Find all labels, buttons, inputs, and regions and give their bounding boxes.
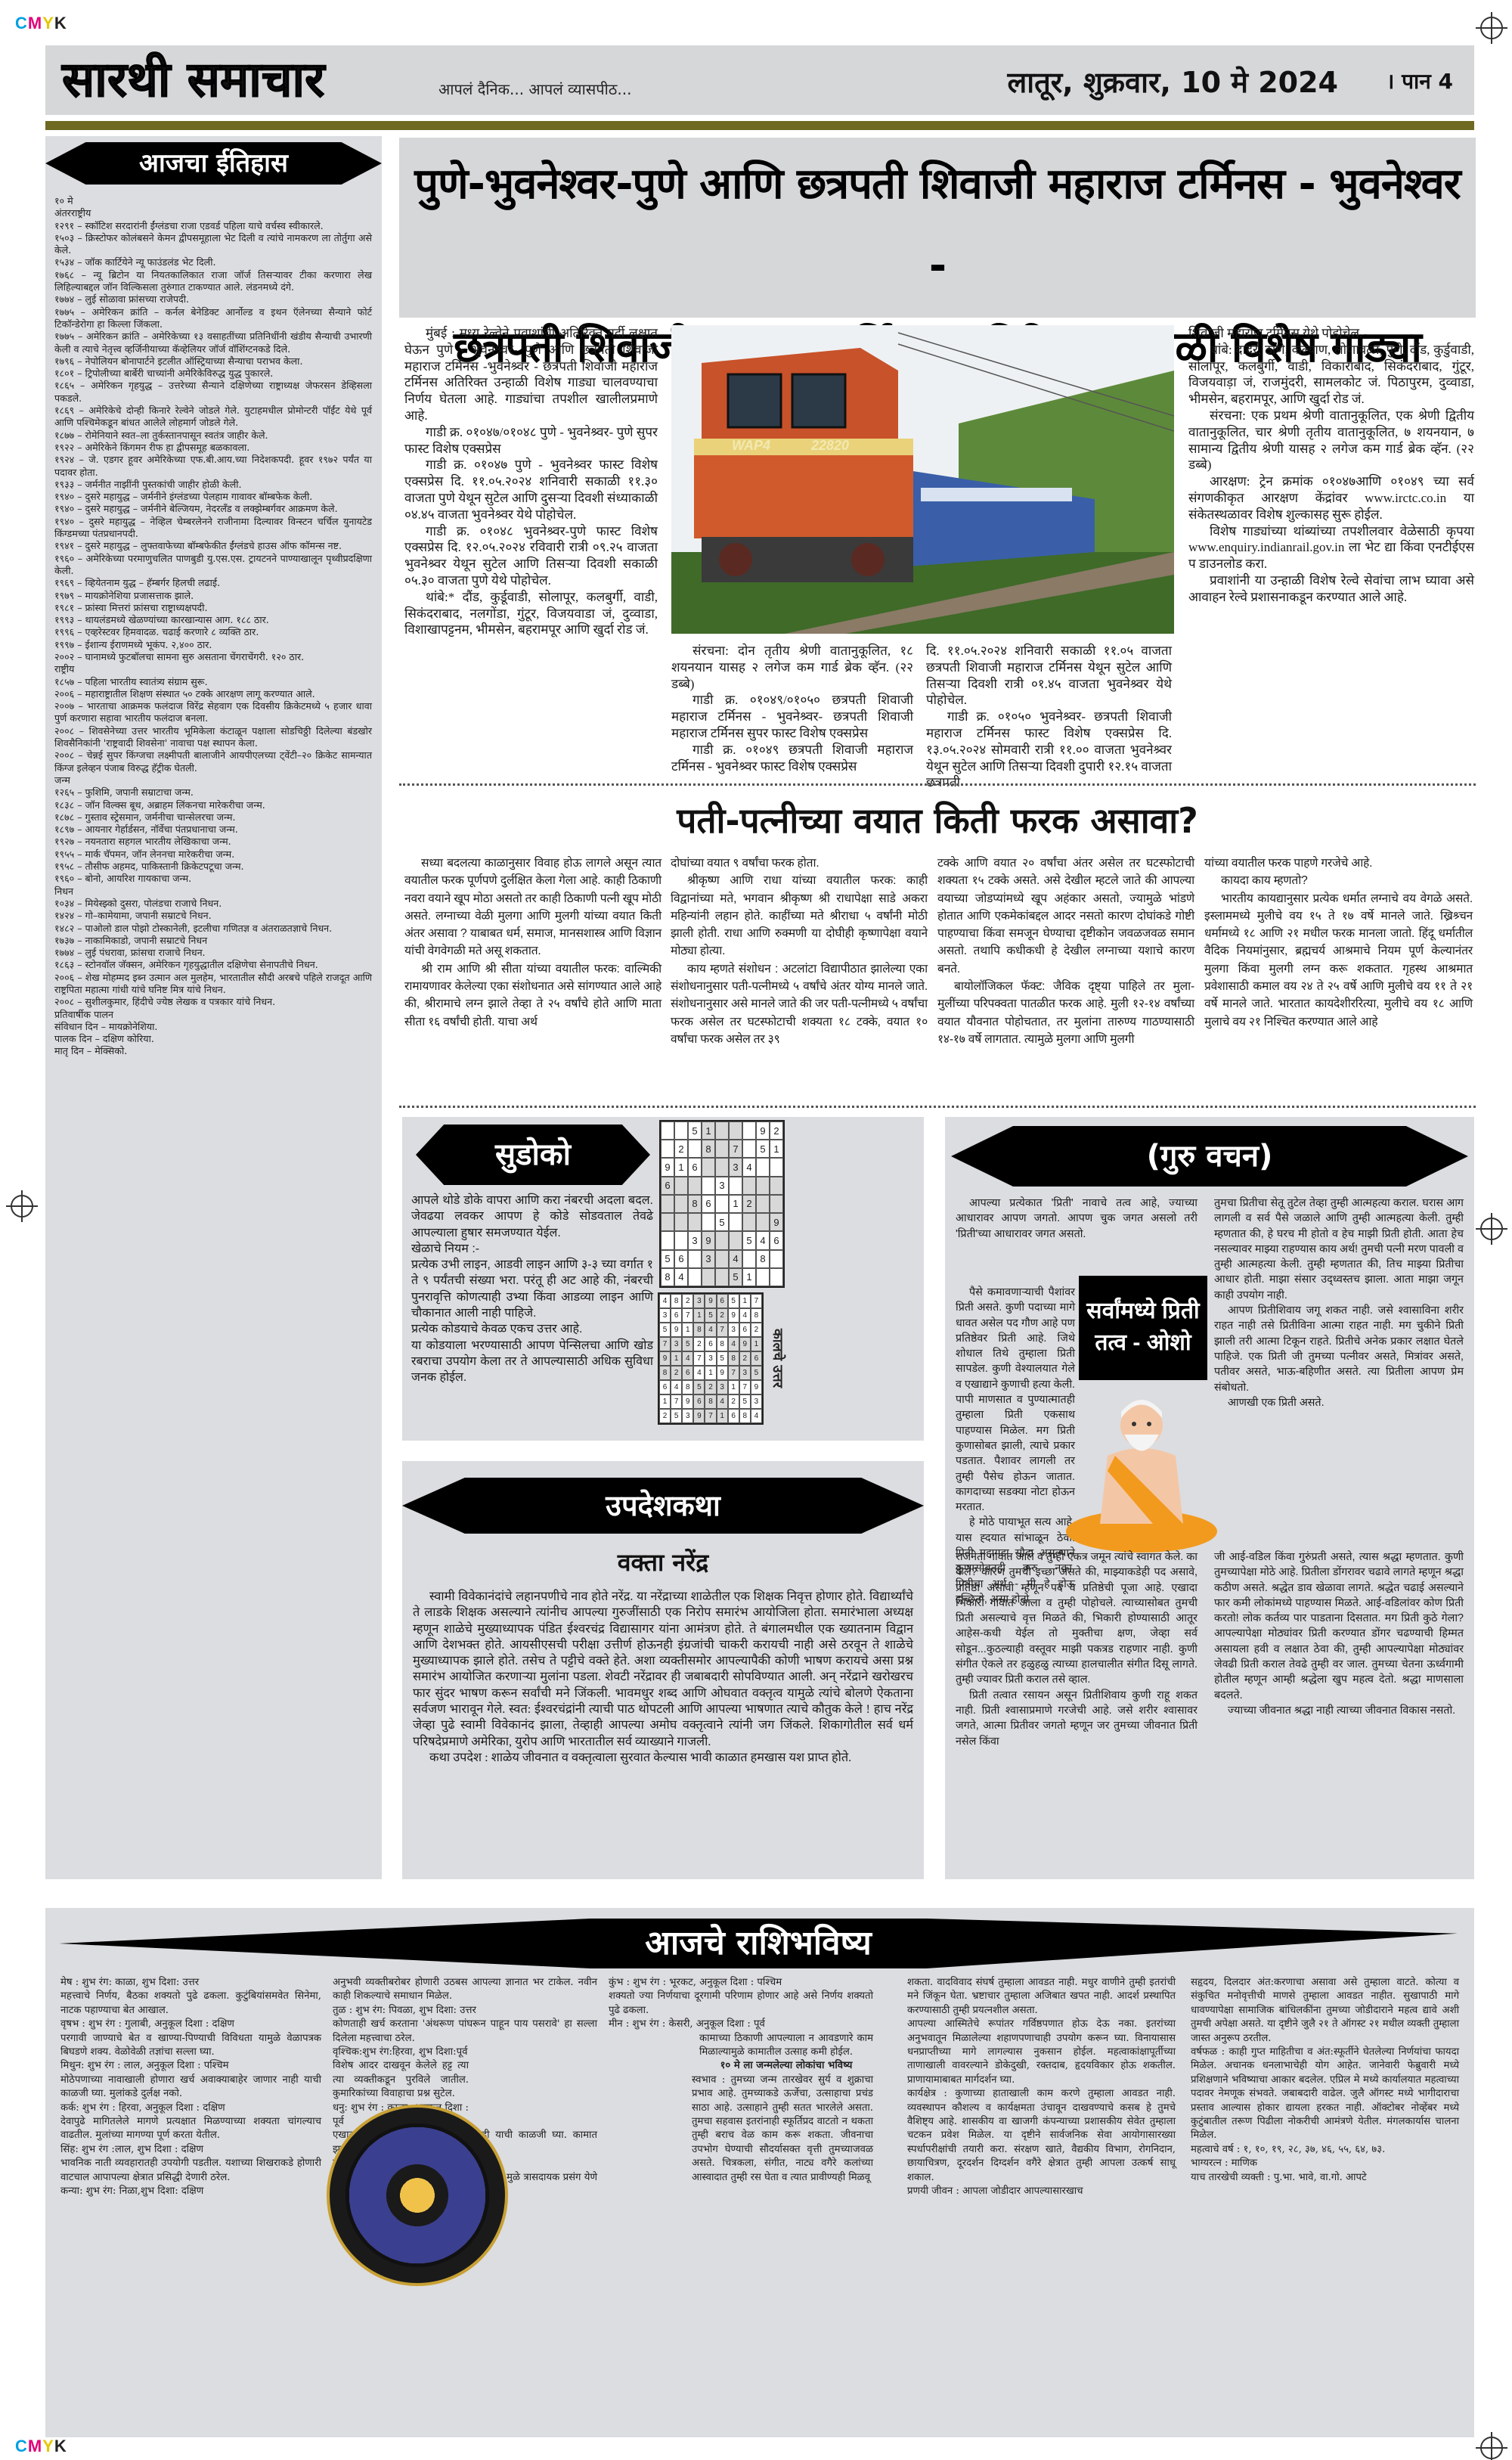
registration-mark-icon [1480,1218,1503,1240]
sudoku-puzzle-cell[interactable] [661,1231,674,1249]
sudoku-puzzle-cell[interactable]: 6 [770,1231,783,1249]
sudoku-solution-cell: 4 [739,1308,751,1323]
sudoku-puzzle-cell[interactable] [742,1213,756,1231]
sudoku-solution-cell: 5 [705,1308,716,1323]
history-entry: १८३८ – जॉन विल्क्स बूथ, अब्राहम लिंकनचा … [54,799,372,811]
history-entry: १९२४ – जे. एडगर हूवर अमेरिकेच्या एफ.बी.आ… [54,454,372,479]
history-panel: आजचा ईतिहास १० मेअंतरराष्ट्रीय१२९१ – स्क… [45,136,382,1879]
sudoku-puzzle-cell[interactable]: 5 [756,1140,770,1158]
sudoku-solution-cell: 1 [751,1337,762,1351]
history-entry: १७७५ – अमेरिकन क्रांति – कर्नल बेनेडिक्ट… [54,306,372,331]
sudoku-puzzle-cell[interactable] [742,1121,756,1140]
sudoku-banner: सुडोको [416,1125,650,1185]
updesh-story: स्वामी विवेकानंदांचे लहानपणीचे नाव होते … [413,1588,913,1765]
sudoku-solution-cell: 1 [717,1409,728,1423]
guru-text-intro: आपल्या प्रत्येकात 'प्रिती' नावाचे तत्व आ… [956,1196,1198,1242]
history-entry: १९३३ – जर्मनीत नाझींनी पुस्तकांची जाहीर … [54,479,372,491]
history-entry: १९७९ – मायक्रोनेशिया प्रजासत्ताक झाले. [54,590,372,602]
history-entry: १४२४ – गो–कामेयामा, जपानी सम्राटचे निधन. [54,910,372,922]
sudoku-solution-cell: 6 [717,1294,728,1308]
meditating-sage-icon [1062,1395,1221,1554]
history-entry: १७६८ – न्यू ब्रिटोन या नियतकालिकात राजा … [54,269,372,294]
history-entry: १८६५ – अमेरिकन गृहयुद्ध – उत्तरेच्या सैन… [54,380,372,405]
guru-vachan-panel: (गुरु वचन) आपल्या प्रत्येकात 'प्रिती' ना… [945,1117,1474,1879]
sudoku-solution-cell: 2 [739,1351,751,1366]
sudoku-puzzle-cell[interactable] [688,1140,702,1158]
sudoku-solution-cell: 3 [739,1366,751,1380]
guru-banner: (गुरु वचन) [951,1126,1468,1187]
sudoku-solution-cell: 1 [659,1394,671,1409]
train-photo: WAP4 22820 [671,325,1174,634]
sudoku-puzzle-cell[interactable] [715,1268,729,1286]
guru-text-right-upper: तुमचा प्रितीचा सेतू तुटेल तेव्हा तुम्ही … [1214,1196,1464,1410]
history-entry: १५३४ – जॉक कार्टियेने न्यू फाउंडलंड भेट … [54,256,372,268]
horoscope-entry: परगावी जाण्याचे बेत व खाण्या-पिण्याची वि… [60,2032,321,2060]
sudoku-solution-cell: 6 [751,1351,762,1366]
sudoku-puzzle-cell[interactable]: 5 [729,1268,742,1286]
history-entry: अंतरराष्ट्रीय [54,207,372,219]
guru-text-right-lower: जी आई-वडिल किंवा गुरुंप्रती असते, त्यास … [1214,1550,1464,1718]
sudoku-solution-cell: 1 [728,1380,739,1394]
sudoku-solution-cell: 3 [671,1337,682,1351]
sudoku-puzzle-cell[interactable]: 2 [674,1140,688,1158]
newspaper-title: सारथी समाचार [62,48,324,112]
history-entry: १७३७ – नाकामिकाडो, जपानी सम्राटचे निधन [54,935,372,947]
sudoku-puzzle-cell[interactable] [661,1121,674,1140]
sudoku-solution-cell: 5 [751,1366,762,1380]
history-entry: १७७५ – अमेरिकन क्रांति – अमेरिकेच्या १३ … [54,330,372,355]
sudoku-puzzle-cell[interactable]: 9 [756,1121,770,1140]
history-entry: पालक दिन – दक्षिण कोरिया. [54,1033,372,1045]
sudoku-puzzle-cell[interactable] [661,1213,674,1231]
sudoku-solution-cell: 8 [693,1323,705,1337]
sudoku-puzzle-cell[interactable]: 8 [688,1195,702,1213]
guru-quote-box: सर्वांमध्ये प्रिती तत्व - ओशो [1079,1276,1207,1380]
sudoku-solution-cell: 7 [693,1351,705,1366]
sudoku-solution-cell: 3 [751,1394,762,1409]
headline-line-1: पुणे-भुवनेश्वर-पुणे आणि छत्रपती शिवाजी म… [407,144,1468,307]
history-entry: निधन [54,886,372,898]
horoscope-col-1: मेष : शुभ रंग: काळा, शुभ दिशा: उत्तरमहत्… [60,1976,321,2199]
sudoku-solution-cell: 4 [705,1323,716,1337]
sudoku-puzzle-cell[interactable] [770,1158,783,1176]
history-entry: २००२ – घानामध्ये फुटबॉलचा सामना सुरु असत… [54,651,372,663]
history-entry: १८७८ – गुस्ताव स्ट्रेसमान, जर्मनीचा चान्… [54,811,372,824]
sudoku-puzzle-cell[interactable]: 9 [702,1231,715,1249]
age-article-col-2: दोघांच्या वयात ९ वर्षांचा फरक होता. श्री… [671,855,928,1048]
sudoku-solution-cell: 9 [705,1294,716,1308]
masthead: सारथी समाचार आपलं दैनिक... आपलं व्यासपीठ… [45,45,1474,115]
history-entry: १९४१ – दुसरे महायुद्ध – लुफ्तवाफेच्या बॉ… [54,540,372,552]
sudoku-solution-cell: 2 [717,1308,728,1323]
sudoku-puzzle-cell[interactable]: 1 [770,1140,783,1158]
history-entry: २००६ – शेख मोहम्मद इब्न उत्मान अल मुलहेम… [54,972,372,997]
history-entry: १९९६ – एव्हरेस्टवर हिमवादळ. चढाई करणारे … [54,626,372,638]
sudoku-solution-cell: 2 [751,1323,762,1337]
horoscope-entry: वृषभ : शुभ रंग : गुलाबी, अनुकूल दिशा : द… [60,2018,321,2031]
history-entry: १९५८ – तौसीफ अहमद, पाकिस्तानी क्रिकेटपटू… [54,861,372,873]
sudoku-solution-cell: 3 [717,1380,728,1394]
sudoku-solution-cell: 5 [682,1337,693,1351]
updesh-subtitle: वक्ता नरेंद्र [402,1546,924,1578]
age-article-title: पती-पत्नीच्या वयात किती फरक असावा? [399,794,1476,847]
section-divider [399,1106,1476,1108]
dateline: लातूर, शुक्रवार, 10 मे 2024 [1007,62,1338,101]
sudoku-puzzle-cell[interactable]: 4 [674,1268,688,1286]
horoscope-col-4: शकता. वादविवाद संघर्ष तुम्हाला आवडत नाही… [907,1976,1176,2199]
sudoku-puzzle-cell[interactable]: 5 [661,1250,674,1268]
sudoku-solution-cell: 1 [693,1308,705,1323]
history-entry: १९५५ – मार्क चॅपमन, जॉन लेननचा मारेकरीचा… [54,848,372,861]
sudoku-puzzle-cell[interactable] [756,1177,770,1195]
sudoku-solution-cell: 8 [751,1308,762,1323]
sudoku-puzzle-cell[interactable]: 9 [770,1213,783,1231]
sudoku-solution-cell: 7 [728,1366,739,1380]
sudoku-puzzle-cell[interactable]: 6 [661,1177,674,1195]
sudoku-puzzle-cell[interactable]: 1 [702,1121,715,1140]
guru-text-left-lower: राजनेता गावात आले व तुम्ही एकत्र जमून त्… [956,1550,1198,1749]
sudoku-puzzle-cell[interactable]: 5 [742,1231,756,1249]
sudoku-solution-cell: 2 [705,1380,716,1394]
horoscope-entry: मेष : शुभ रंग: काळा, शुभ दिशा: उत्तर [60,1976,321,1990]
sudoku-solution-cell: 3 [705,1351,716,1366]
sudoku-puzzle-cell[interactable] [756,1213,770,1231]
sudoku-puzzle-cell[interactable]: 8 [702,1140,715,1158]
sudoku-solution-cell: 9 [751,1380,762,1394]
history-entry: २००७ – भारताचा आक्रमक फलंदाज विरेंद्र से… [54,700,372,725]
sudoku-puzzle-cell[interactable] [715,1121,729,1140]
sudoku-puzzle-cell[interactable] [674,1121,688,1140]
history-entry: १९८१ – फ्रांस्वा मित्तरां फ्रांसचा राष्ट… [54,602,372,614]
sudoku-solution-cell: 6 [739,1323,751,1337]
sudoku-solution-cell: 5 [659,1323,671,1337]
sudoku-puzzle-cell[interactable]: 3 [729,1158,742,1176]
history-entry: संविधान दिन – मायक्रोनेशिया. [54,1021,372,1033]
history-list: १० मेअंतरराष्ट्रीय१२९१ – स्कॉटिश सरदारां… [54,195,372,1058]
zodiac-wheel-icon [327,2105,508,2286]
history-entry: १८९७ – आयनार गेर्हार्डसन, नॉर्वेचा पंतप्… [54,824,372,836]
sudoku-solution-cell: 1 [739,1294,751,1308]
masthead-divider [45,121,1474,130]
history-banner: आजचा ईतिहास [45,142,382,185]
registration-mark-icon [1480,2437,1503,2459]
sudoku-solution-cell: 6 [682,1366,693,1380]
sudoku-puzzle-cell[interactable] [715,1250,729,1268]
history-entry: मातृ दिन – मेक्सिको. [54,1045,372,1057]
sudoku-solution-cell: 2 [682,1294,693,1308]
history-entry: १७७४ – लुई पंधरावा, फ्रांसचा राजाचे निधन… [54,947,372,959]
sudoku-solution-cell: 4 [693,1366,705,1380]
horoscope-entry: मिथुन: शुभ रंग : लाल, अनुकूल दिशा : पश्च… [60,2059,321,2073]
sudoku-solution-cell: 7 [659,1337,671,1351]
newspaper-tagline: आपलं दैनिक... आपलं व्यासपीठ... [438,79,632,99]
sudoku-puzzle-cell[interactable] [756,1158,770,1176]
history-entry: १९६९ – व्हियेतनाम युद्ध – हॅम्बर्गर हिलच… [54,577,372,589]
sudoku-puzzle-cell[interactable]: 2 [742,1195,756,1213]
history-entry: १९२२ – अमेरिकेने किंगमन रीफ हा द्वीपसमूह… [54,442,372,454]
sudoku-puzzle-cell[interactable]: 5 [715,1213,729,1231]
sudoku-solution-cell: 9 [682,1394,693,1409]
sudoku-puzzle-cell[interactable]: 3 [702,1250,715,1268]
history-entry: १२६५ – फुशिमि, जपानी सम्राटाचा जन्म. [54,786,372,799]
sudoku-puzzle-cell[interactable] [715,1231,729,1249]
sudoku-puzzle-cell[interactable] [702,1158,715,1176]
sudoku-solution-cell: 8 [659,1366,671,1380]
sudoku-puzzle-cell[interactable] [742,1140,756,1158]
sudoku-solution-cell: 9 [728,1308,739,1323]
sudoku-puzzle-cell[interactable]: 4 [729,1250,742,1268]
sudoku-solution-cell: 7 [671,1394,682,1409]
sudoku-solution-cell: 5 [717,1351,728,1366]
horoscope-entry: मोठेपणाच्या नावाखाली होणारा खर्च अवाक्या… [60,2074,321,2102]
sudoku-solution-cell: 4 [659,1294,671,1308]
history-entry: २००६ – महाराष्ट्रातील शिक्षण संस्थात ५० … [54,688,372,700]
history-entry: १८६९ – अमेरिकेचे दोन्ही किनारे रेल्वेने … [54,405,372,430]
cmyk-mark-bottom: CMYK [15,2437,67,2456]
sudoku-puzzle-cell[interactable] [702,1213,715,1231]
sudoku-puzzle-cell[interactable]: 6 [688,1158,702,1176]
sudoku-solution-cell: 7 [739,1380,751,1394]
sudoku-puzzle-cell[interactable] [770,1177,783,1195]
sudoku-puzzle-cell[interactable] [729,1231,742,1249]
history-entry: १७७४ – लुई सोळावा फ्रांसच्या राजेपदी. [54,293,372,306]
sudoku-solution-cell: 5 [671,1409,682,1423]
sudoku-puzzle-cell[interactable]: 1 [742,1268,756,1286]
horoscope-entry: भावनिक नाती व्यवहारातही उपयोगी पडतील. यश… [60,2157,321,2185]
sudoku-puzzle-cell[interactable] [770,1195,783,1213]
history-entry: १०३४ – मियेस्झ्को दुसरा, पोलंडचा राजाचे … [54,898,372,910]
sudoku-solution-cell: 8 [717,1337,728,1351]
registration-mark-icon [1480,17,1503,39]
sudoku-solution-cell: 3 [682,1409,693,1423]
history-entry: १८०१ – ट्रिपोलीच्या बार्बेरी चाच्यांनी अ… [54,368,372,380]
history-entry: १० मे [54,195,372,207]
sudoku-solution-cell: 4 [717,1394,728,1409]
sudoku-puzzle-cell[interactable]: 5 [688,1121,702,1140]
sudoku-puzzle-cell[interactable] [756,1268,770,1286]
sudoku-puzzle-cell[interactable] [688,1268,702,1286]
locomotive-image-icon: WAP4 22820 [671,325,1174,634]
sudoku-solution-cell: 9 [659,1351,671,1366]
sudoku-puzzle-cell[interactable] [661,1195,674,1213]
history-entry: १४८२ – पाओलो डाल पोझो टोस्कानेली, इटलीचा… [54,923,372,935]
updesh-katha-panel: उपदेशकथा वक्ता नरेंद्र स्वामी विवेकानंदा… [402,1461,924,1879]
history-entry: १८६३ – स्टोनवॉल जॅक्सन, अमेरिकन गृहयुद्ध… [54,959,372,971]
history-entry: १९९७ – ईशान्य ईराणमध्ये भूकंप. २,४०० ठार… [54,639,372,651]
sudoku-solution-cell: 6 [705,1337,716,1351]
sudoku-puzzle-cell[interactable]: 9 [661,1158,674,1176]
sudoku-solution-cell: 8 [682,1380,693,1394]
history-entry: १९२७ – नयनतारा सहगल भारतीय लेखिकाचा जन्म… [54,836,372,848]
birthday-forecast-title: १० मे ला जन्मलेल्या लोकांचा भविष्य [609,2059,873,2073]
sudoku-solution-cell: 6 [671,1308,682,1323]
history-entry: १७९६ – नेपोलियन बोनापार्टने इटलीत ऑस्ट्र… [54,355,372,368]
section-divider [399,783,1476,786]
sudoku-puzzle-cell[interactable] [729,1213,742,1231]
sudoku-puzzle-cell[interactable]: 7 [729,1140,742,1158]
sudoku-puzzle-cell[interactable] [756,1195,770,1213]
sudoku-puzzle-cell[interactable]: 3 [688,1231,702,1249]
history-entry: १९६० – अमेरिकेच्या परमाणुचलित पाणबुडी यु… [54,553,372,578]
sudoku-solution-cell: 5 [739,1394,751,1409]
sudoku-solution-cell: 5 [693,1380,705,1394]
sudoku-solution-cell: 1 [682,1323,693,1337]
sudoku-puzzle-cell[interactable] [729,1177,742,1195]
sudoku-panel: सुडोको आपले थोडे डोके वापरा आणि करा नंबर… [402,1117,924,1441]
page-number: । पान 4 [1387,67,1453,95]
history-entry: १९४० – दुसरे महायुद्ध – जर्मनीने इंग्लंड… [54,491,372,503]
sudoku-solution-cell: 7 [682,1308,693,1323]
sudoku-puzzle-cell[interactable] [674,1195,688,1213]
sudoku-puzzle-cell[interactable]: 8 [756,1250,770,1268]
history-entry: २००८ – शिवसेनेच्या उत्तर भारतीय भूमिकेला… [54,725,372,750]
age-article-col-1: सध्या बदलत्या काळानुसार विवाह होऊ लागले … [404,855,661,1031]
history-entry: १२९१ – स्कॉटिश सरदारांनी ईंग्लंडचा राजा … [54,220,372,232]
sudoku-solution-cell: 5 [728,1294,739,1308]
lead-headline-box: पुणे-भुवनेश्वर-पुणे आणि छत्रपती शिवाजी म… [399,138,1476,318]
history-entry: जन्म [54,774,372,786]
sudoku-solution-cell: 2 [693,1337,705,1351]
train-article-col-4: शिवाजी महाराज टर्मिनस येथे पोहोचेल. थांब… [1188,325,1474,606]
sudoku-puzzle-grid[interactable]: 519228751916346386125939546563488451 [659,1120,785,1288]
horoscope-col-5: सहृदय, दिलदार अंत:करणाचा असावा असे तुम्ह… [1191,1976,1459,2185]
sudoku-solution-cell: 9 [693,1409,705,1423]
sudoku-solution-cell: 6 [693,1394,705,1409]
history-entry: १९६० – बोनो, आयरिश गायकाचा जन्म. [54,873,372,885]
svg-text:22820: 22820 [810,438,849,453]
sudoku-solution-cell: 8 [728,1351,739,1366]
sudoku-puzzle-cell[interactable] [715,1195,729,1213]
train-article-col-1: मुंबई : मध्य रेल्वेने प्रवाशांची अतिरिक्… [404,325,658,638]
sudoku-puzzle-cell[interactable] [770,1268,783,1286]
horoscope-col-3: कुंभ : शुभ रंग : भूरकट, अनुकूल दिशा : पश… [609,1976,873,2185]
cmyk-mark-top: CMYK [15,14,67,33]
sudoku-puzzle-cell[interactable] [702,1177,715,1195]
updesh-banner: उपदेशकथा [402,1478,924,1534]
sudoku-puzzle-cell[interactable]: 3 [715,1177,729,1195]
sudoku-puzzle-cell[interactable] [688,1250,702,1268]
history-entry: २००८ – चेन्नई सुपर किंग्जचा लक्ष्मीपती ब… [54,749,372,774]
sudoku-solution-cell: 7 [751,1294,762,1308]
sudoku-solution-cell: 7 [717,1323,728,1337]
history-entry: राष्ट्रीय [54,663,372,675]
sudoku-puzzle-cell[interactable] [770,1250,783,1268]
sudoku-solution-cell: 8 [739,1409,751,1423]
sudoku-solution-cell: 7 [705,1409,716,1423]
horoscope-entry: सिंह: शुभ रंग :लाल, शुभ दिशा : दक्षिण [60,2143,321,2157]
history-entry: १९९३ – थायलंडमध्ये खेळण्यांच्या कारखान्य… [54,614,372,626]
sudoku-solution-cell: 6 [659,1380,671,1394]
sudoku-solution-cell: 6 [728,1409,739,1423]
sudoku-puzzle-cell[interactable] [674,1231,688,1249]
sudoku-puzzle-cell[interactable] [742,1177,756,1195]
train-article-col-2: संरचना: दोन तृतीय श्रेणी वातानुकूलित, १८… [671,643,913,774]
history-entry: १८५७ – पहिला भारतीय स्वातंत्र्य संग्राम … [54,676,372,688]
sudoku-solution-grid: 4823965173671529485918473627352684919147… [658,1292,764,1425]
svg-text:WAP4: WAP4 [732,438,770,453]
sudoku-puzzle-cell[interactable]: 4 [756,1231,770,1249]
sudoku-puzzle-cell[interactable] [674,1177,688,1195]
sudoku-puzzle-cell[interactable]: 1 [674,1158,688,1176]
history-entry: १९४० – दुसरे महायुद्ध – नेव्हिल चेम्बरले… [54,516,372,541]
sudoku-solution-cell: 1 [705,1366,716,1380]
sudoku-puzzle-cell[interactable] [688,1177,702,1195]
sudoku-solution-cell: 4 [682,1351,693,1366]
sudoku-instructions: आपले थोडे डोके वापरा आणि करा नंबरची अदला… [411,1193,653,1386]
sudoku-solution-cell: 4 [728,1337,739,1351]
horoscope-panel: आजचे राशिभविष्य मेष : शुभ रंग: काळा, शुभ… [45,1908,1474,2437]
train-article-col-3: दि. ११.०५.२०२४ शनिवारी सकाळी ११.०५ वाजता… [926,643,1172,791]
sudoku-solution-cell: 9 [671,1323,682,1337]
sudoku-puzzle-cell[interactable] [674,1213,688,1231]
history-entry: १५०३ – क्रिस्टोफर कोलंबसने केमन द्वीपसमू… [54,232,372,257]
horoscope-entry: कर्क: शुभ रंग : हिरवा, अनुकूल दिशा : दक्… [60,2102,321,2115]
sudoku-solution-cell: 4 [751,1409,762,1423]
sudoku-puzzle-cell[interactable]: 1 [729,1195,742,1213]
sudoku-solution-cell: 8 [705,1394,716,1409]
age-article-col-3: टक्के आणि वयात २० वर्षांचा अंतर असेल तर … [937,855,1194,1048]
sudoku-puzzle-cell[interactable] [702,1268,715,1286]
sudoku-solution-cell: 3 [693,1294,705,1308]
sudoku-solution-cell: 9 [739,1337,751,1351]
sudoku-solution-cell: 2 [728,1394,739,1409]
sudoku-solution-cell: 3 [728,1323,739,1337]
sudoku-puzzle-cell[interactable]: 2 [770,1121,783,1140]
sudoku-puzzle-cell[interactable]: 6 [702,1195,715,1213]
horoscope-entry: महत्त्वाचे निर्णय, बैठका शक्यतो पुढे ढकल… [60,1990,321,2018]
sudoku-solution-cell: 9 [717,1366,728,1380]
sudoku-solution-cell: 2 [659,1409,671,1423]
history-entry: २००८ – सुशीलकुमार, हिंदीचे ज्येष्ठ लेखक … [54,996,372,1008]
solution-label: कालचे उत्तर [768,1329,786,1388]
sudoku-puzzle-cell[interactable] [688,1213,702,1231]
horoscope-banner: आजचे राशिभविष्य [59,1919,1458,1968]
sudoku-puzzle-cell[interactable] [729,1121,742,1140]
sudoku-solution-cell: 8 [671,1294,682,1308]
sudoku-solution-cell: 1 [671,1351,682,1366]
horoscope-entry: कन्या: शुभ रंग: निळा,शुभ दिशा: दक्षिण [60,2185,321,2198]
age-article-col-4: यांच्या वयातील फरक पाहणे गरजेचे आहे. काय… [1204,855,1473,1031]
history-entry: प्रतिवार्षीक पालन [54,1009,372,1021]
registration-mark-icon [11,1195,33,1218]
sudoku-puzzle-cell[interactable] [661,1140,674,1158]
sudoku-puzzle-cell[interactable] [742,1250,756,1268]
sudoku-puzzle-cell[interactable]: 6 [674,1250,688,1268]
history-entry: १९४० – दुसरे महायुद्ध – जर्मनीने बेल्जिय… [54,503,372,515]
horoscope-entry: देवापुढे मागितलेले मागणे प्रत्यक्षात मिळ… [60,2115,321,2143]
sudoku-solution-cell: 4 [671,1380,682,1394]
sudoku-solution-cell: 3 [659,1308,671,1323]
sudoku-puzzle-cell[interactable] [715,1158,729,1176]
sudoku-puzzle-cell[interactable]: 8 [661,1268,674,1286]
sudoku-puzzle-cell[interactable] [715,1140,729,1158]
history-entry: १८७७ – रोमेनियाने स्वत–ला तुर्कस्तानपासू… [54,430,372,442]
sudoku-solution-cell: 2 [671,1366,682,1380]
sudoku-puzzle-cell[interactable]: 4 [742,1158,756,1176]
